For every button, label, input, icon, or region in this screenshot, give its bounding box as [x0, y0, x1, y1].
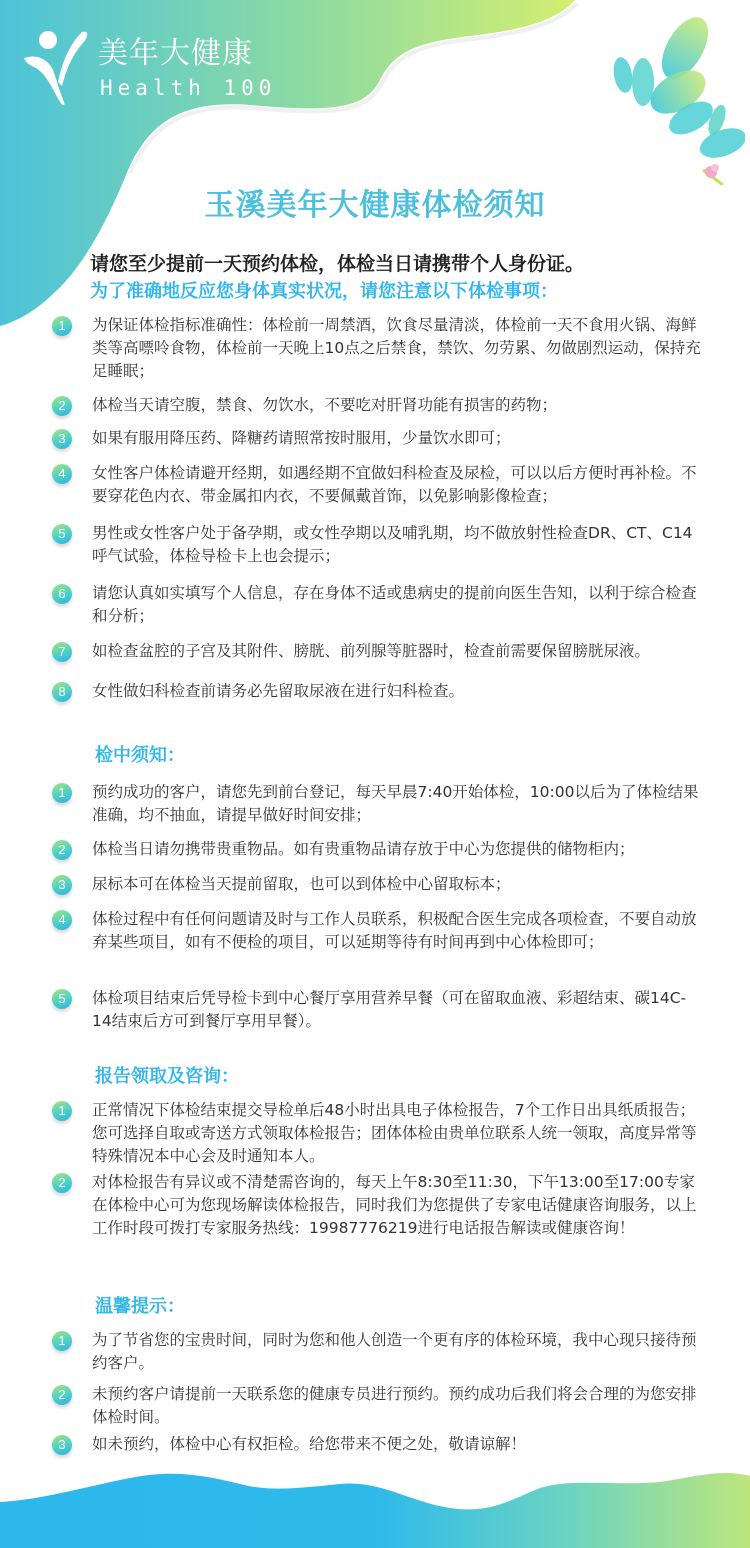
item-text: 女性客户体检请避开经期，如遇经期不宜做妇科检查及尿检，可以以后方便时再补检。不要… [92, 462, 702, 508]
number-badge-icon: 7 [52, 642, 72, 662]
item-text: 男性或女性客户处于备孕期，或女性孕期以及哺乳期，均不做放射性检查DR、CT、C1… [92, 522, 702, 568]
number-badge-icon: 2 [52, 1385, 72, 1405]
number-badge-icon: 1 [52, 783, 72, 803]
number-badge-icon: 2 [52, 1173, 72, 1193]
brand-name-cn: 美年大健康 [98, 36, 253, 72]
number-badge-icon: 2 [52, 840, 72, 860]
section-title-during-exam: 检中须知： [95, 744, 185, 768]
item-text: 女性做妇科检查前请务必先留取尿液在进行妇科检查。 [92, 680, 702, 703]
item-text: 正常情况下体检结束提交导检单后48小时出具电子体检报告，7个工作日出具纸质报告；… [92, 1099, 702, 1168]
number-badge-icon: 6 [52, 584, 72, 604]
number-badge-icon: 3 [52, 1435, 72, 1455]
item-text: 为保证体检指标准确性：体检前一周禁酒，饮食尽量清淡，体检前一天不食用火锅、海鲜类… [92, 314, 702, 383]
section-title-report: 报告领取及咨询： [95, 1065, 239, 1089]
item-text: 体检当天请空腹，禁食、勿饮水，不要吃对肝肾功能有损害的药物； [92, 394, 702, 417]
number-badge-icon: 1 [52, 1331, 72, 1351]
item-text: 对体检报告有异议或不清楚需咨询的，每天上午8:30至11:30，下午13:00至… [92, 1171, 702, 1240]
number-badge-icon: 8 [52, 682, 72, 702]
dancing-figure-logo-icon [22, 28, 92, 106]
number-badge-icon: 2 [52, 396, 72, 416]
number-badge-icon: 1 [52, 1101, 72, 1121]
flower-icon [703, 164, 723, 185]
number-badge-icon: 5 [52, 524, 72, 544]
intro-subheading: 为了准确地反应您身体真实状况，请您注意以下体检事项： [90, 280, 558, 304]
item-text: 体检当日请勿携带贵重物品。如有贵重物品请存放于中心为您提供的储物柜内； [92, 838, 702, 861]
item-text: 尿标本可在体检当天提前留取，也可以到体检中心留取标本； [92, 873, 702, 896]
item-text: 如检查盆腔的子宫及其附件、膀胱、前列腺等脏器时，检查前需要保留膀胱尿液。 [92, 640, 702, 663]
leaves-branch-icon [605, 10, 745, 185]
number-badge-icon: 4 [52, 464, 72, 484]
item-text: 请您认真如实填写个人信息，存在身体不适或患病史的提前向医生告知，以利于综合检查和… [92, 582, 702, 628]
item-text: 体检项目结束后凭导检卡到中心餐厅享用营养早餐（可在留取血液、彩超结束、碳14C-… [92, 987, 702, 1033]
item-text: 预约成功的客户，请您先到前台登记，每天早晨7:40开始体检，10:00以后为了体… [92, 781, 702, 827]
brand-logo: 美年大健康 Health 100 [22, 28, 272, 108]
item-text: 为了节省您的宝贵时间，同时为您和他人创造一个更有序的体检环境，我中心现只接待预约… [92, 1329, 702, 1375]
number-badge-icon: 4 [52, 910, 72, 930]
intro-line: 请您至少提前一天预约体检，体检当日请携带个人身份证。 [90, 252, 584, 276]
item-text: 未预约客户请提前一天联系您的健康专员进行预约。预约成功后我们将会合理的为您安排体… [92, 1383, 702, 1429]
item-text: 体检过程中有任何问题请及时与工作人员联系，积极配合医生完成各项检查，不要自动放弃… [92, 908, 702, 954]
number-badge-icon: 5 [52, 989, 72, 1009]
footer-wave-background [0, 1470, 750, 1548]
item-text: 如果有服用降压药、降糖药请照常按时服用，少量饮水即可； [92, 427, 702, 450]
item-text: 如未预约，体检中心有权拒检。给您带来不便之处，敬请谅解！ [92, 1433, 702, 1456]
section-title-tips: 温馨提示： [95, 1295, 185, 1319]
brand-name-en: Health 100 [100, 75, 276, 101]
number-badge-icon: 1 [52, 316, 72, 336]
page-title: 玉溪美年大健康体检须知 [0, 186, 750, 226]
number-badge-icon: 3 [52, 875, 72, 895]
number-badge-icon: 3 [52, 429, 72, 449]
